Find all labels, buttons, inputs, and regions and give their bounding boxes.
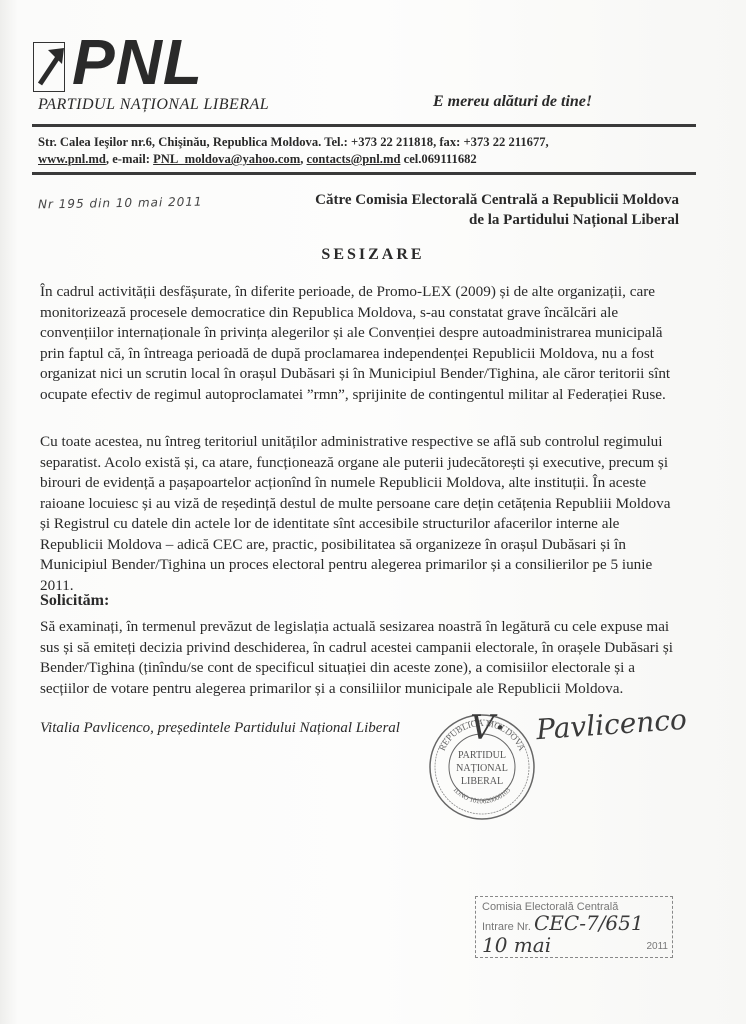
email-link-1[interactable]: PNL_moldova@yahoo.com xyxy=(153,152,300,166)
party-logo: PNL xyxy=(72,30,203,94)
svg-text:LIBERAL: LIBERAL xyxy=(461,776,503,787)
cell-phone: cel.069111682 xyxy=(400,152,476,166)
stamp-year: 2011 xyxy=(646,941,668,952)
arrow-up-right-icon xyxy=(36,44,66,88)
registration-note: Nr 195 din 10 mai 2011 xyxy=(38,195,203,212)
signature-initial: V· xyxy=(470,708,505,748)
slogan: E mereu alături de tine! xyxy=(433,93,592,111)
stamp-entry-label: Intrare Nr. xyxy=(482,921,531,933)
contact-line: www.pnl.md, e-mail: PNL_moldova@yahoo.co… xyxy=(38,151,477,168)
paragraph-1: În cadrul activității desfășurate, în di… xyxy=(40,282,680,405)
website-link[interactable]: www.pnl.md xyxy=(38,152,106,166)
stamp-entry-number: CEC-7/651 xyxy=(534,911,644,935)
addressee-line-2: de la Partidului Național Liberal xyxy=(315,210,679,230)
svg-text:PARTIDUL: PARTIDUL xyxy=(458,750,506,761)
request-text: Să examinați, în termenul prevăzut de le… xyxy=(40,617,680,699)
request-heading: Solicităm: xyxy=(40,592,109,610)
addressee: Către Comisia Electorală Centrală a Repu… xyxy=(315,190,679,230)
signer: Vitalia Pavlicenco, președintele Partidu… xyxy=(40,720,400,737)
header-divider xyxy=(32,124,696,127)
registration-stamp: Comisia Electorală Centrală Intrare Nr. … xyxy=(475,896,673,958)
svg-text:IDNO 1010620006103: IDNO 1010620006103 xyxy=(452,786,513,806)
paragraph-2: Cu toate acestea, nu întreg teritoriul u… xyxy=(40,432,680,596)
address-line: Str. Calea Ieşilor nr.6, Chişinău, Repub… xyxy=(38,134,549,151)
addressee-line-1: Către Comisia Electorală Centrală a Repu… xyxy=(315,190,679,210)
document-page: PNL PARTIDUL NAȚIONAL LIBERAL E mereu al… xyxy=(0,0,746,1024)
stamp-date: 10 mai xyxy=(482,933,551,957)
svg-text:NAȚIONAL: NAȚIONAL xyxy=(456,763,508,774)
email-label: , e-mail: xyxy=(106,152,153,166)
address-divider xyxy=(32,172,696,175)
document-title: SESIZARE xyxy=(0,246,746,264)
signature: Pavlicenco xyxy=(535,703,688,746)
email-link-2[interactable]: contacts@pnl.md xyxy=(307,152,401,166)
party-name: PARTIDUL NAȚIONAL LIBERAL xyxy=(38,96,269,114)
